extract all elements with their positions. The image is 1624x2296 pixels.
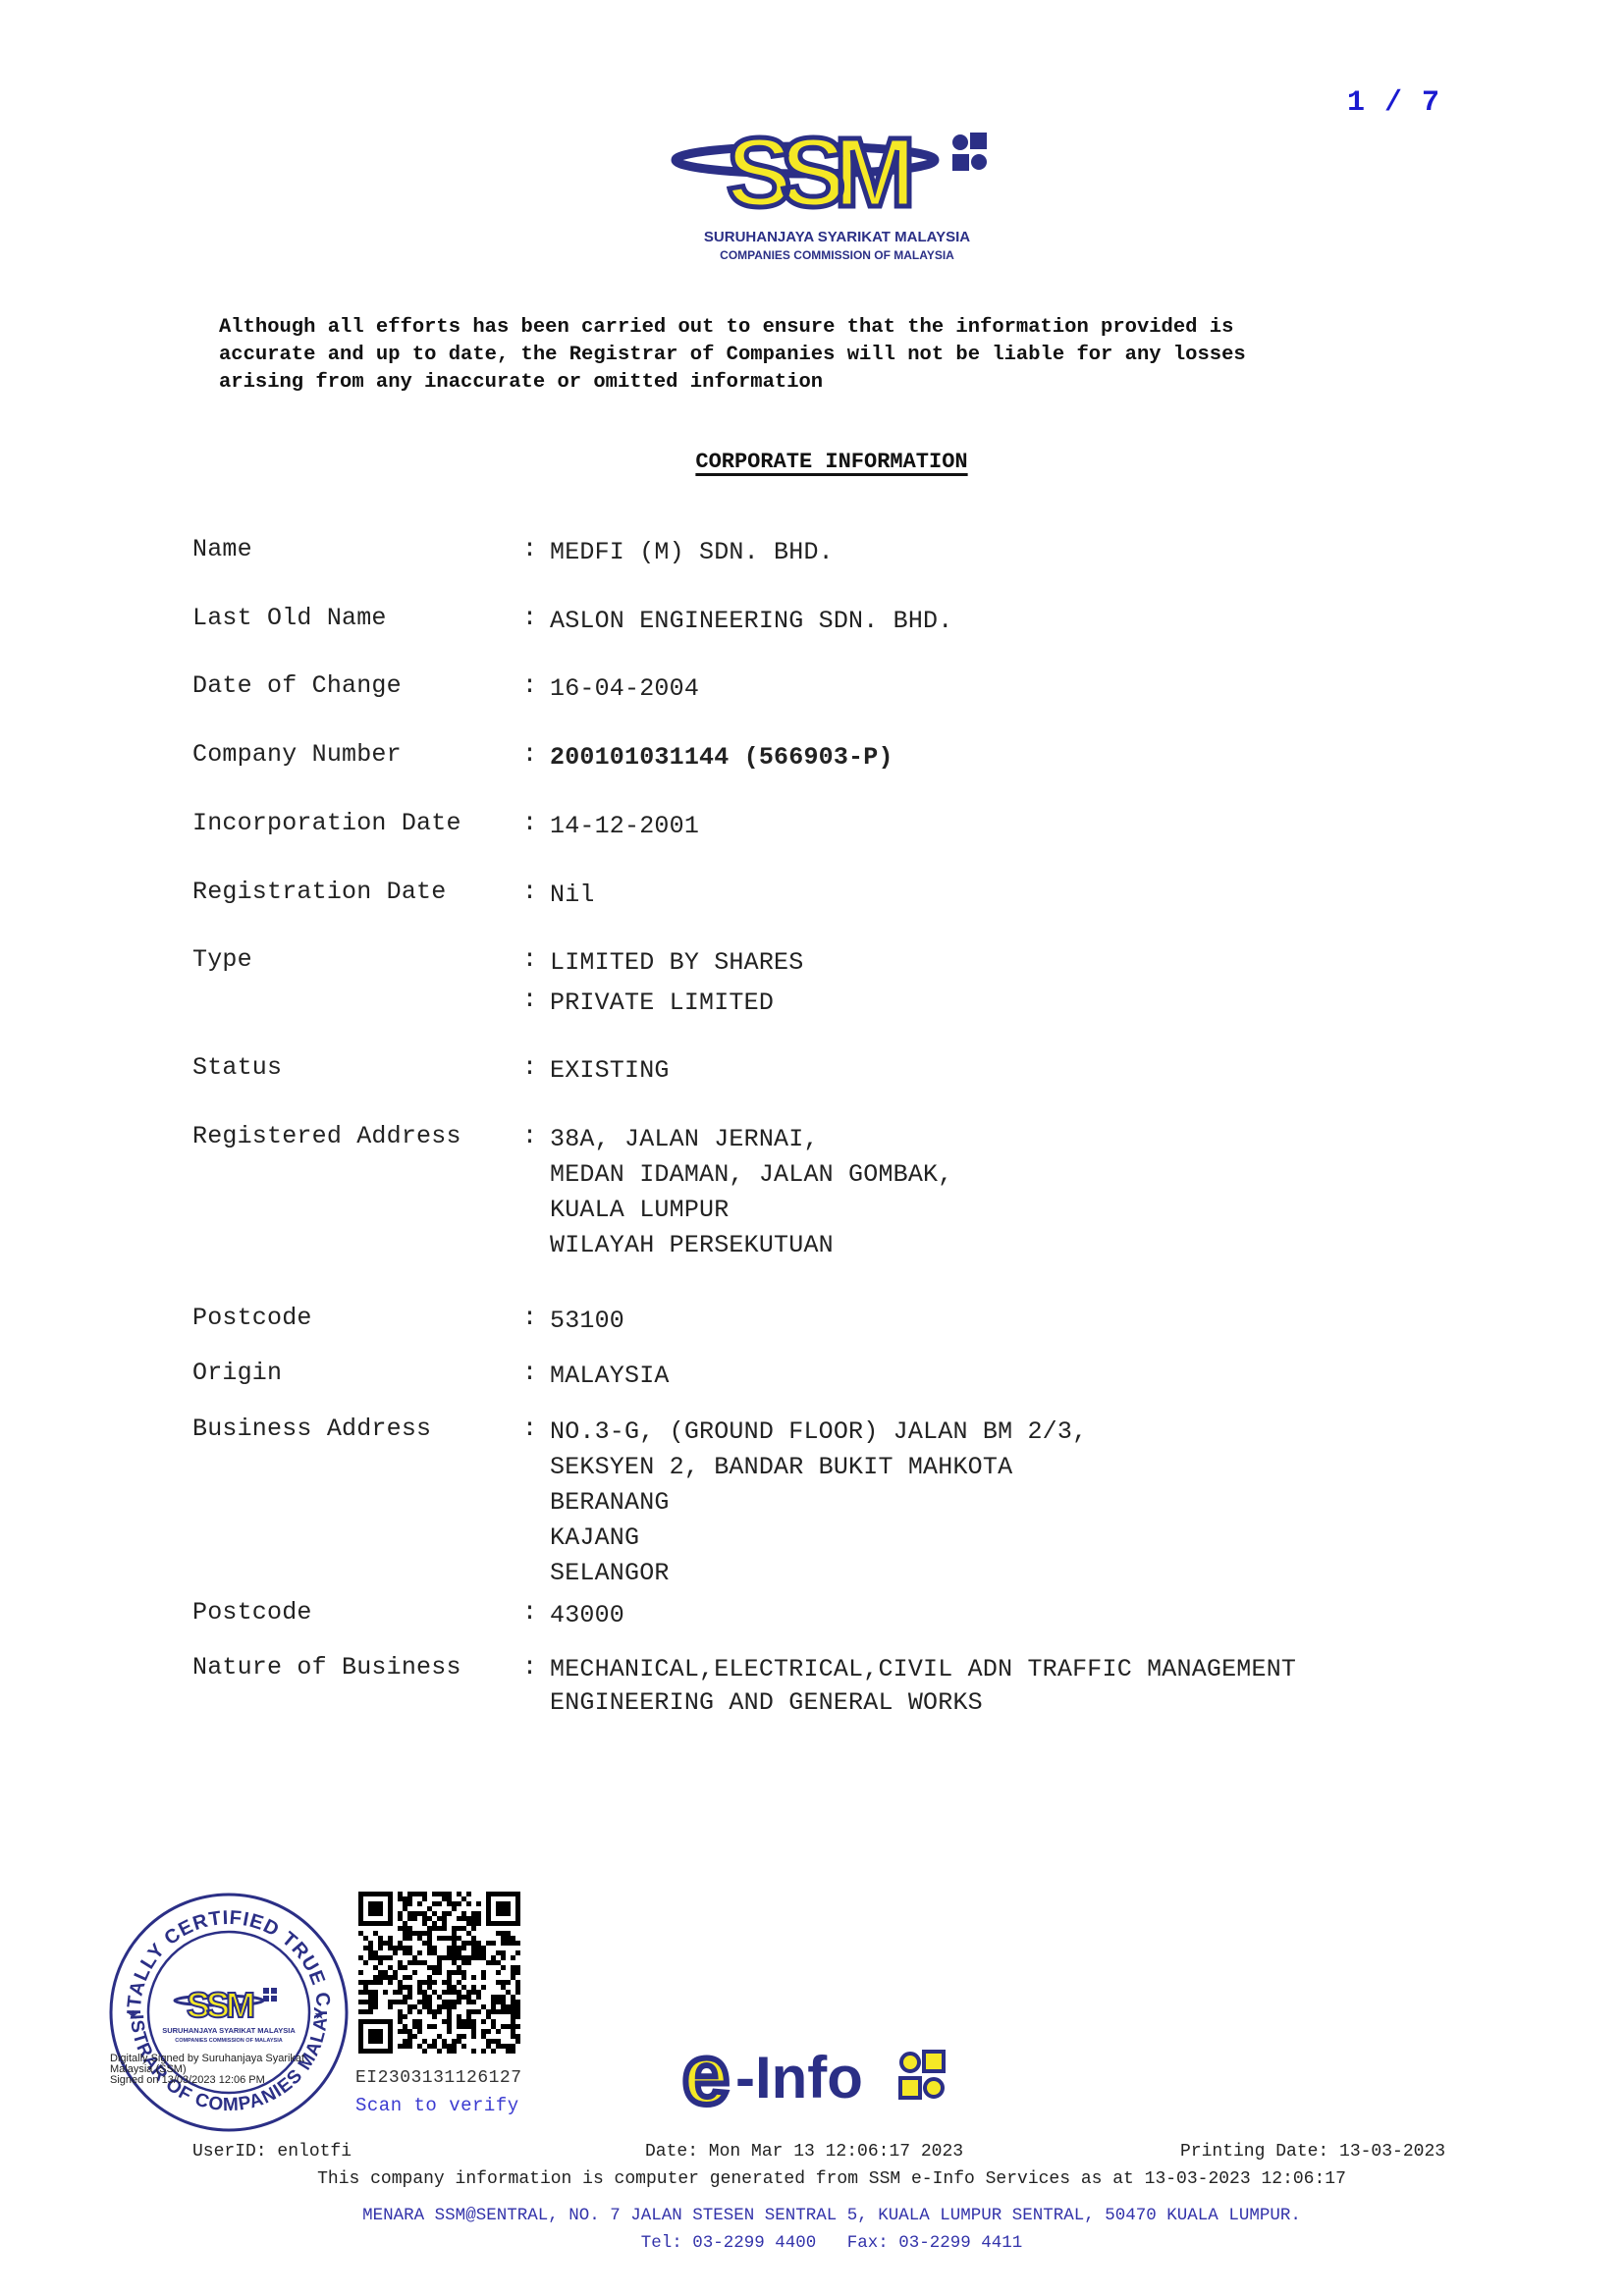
qr-code-icon (358, 1892, 520, 2054)
field-value-line: NO.3-G, (GROUND FLOOR) JALAN BM 2/3, (550, 1415, 1087, 1450)
field-separator: : (522, 604, 550, 639)
field-value: 53100 (550, 1304, 624, 1339)
svg-text:★: ★ (314, 2005, 325, 2025)
qr-document-id: EI2303131126127 (355, 2068, 522, 2088)
ssm-logo-icon: SSM (668, 103, 1006, 231)
field-label: Type (192, 945, 522, 981)
certified-stamp: DIGITALLY CERTIFIED TRUE COPY REGISTRAR … (106, 1890, 352, 2135)
field-row: Incorporation Date:14-12-2001 (192, 809, 699, 844)
field-row: Name:MEDFI (M) SDN. BHD. (192, 535, 834, 570)
field-row: Date of Change:16-04-2004 (192, 671, 699, 707)
footer-printing-date: Printing Date: 13-03-2023 (1180, 2142, 1445, 2162)
field-label: Company Number (192, 740, 522, 775)
field-row: Origin:MALAYSIA (192, 1359, 670, 1394)
page-indicator: 1 / 7 (1347, 86, 1440, 120)
field-value-line: PRIVATE LIMITED (550, 986, 774, 1021)
field-value-line: Nil (550, 878, 595, 913)
field-separator: : (522, 986, 550, 1021)
field-label: Registered Address (192, 1122, 522, 1263)
field-value: PRIVATE LIMITED (550, 986, 774, 1021)
field-row: Type:LIMITED BY SHARES (192, 945, 803, 981)
field-separator: : (522, 1598, 550, 1633)
field-label: Nature of Business (192, 1653, 522, 1720)
field-value-line: 14-12-2001 (550, 809, 699, 844)
field-value: Nil (550, 878, 595, 913)
field-value: NO.3-G, (GROUND FLOOR) JALAN BM 2/3,SEKS… (550, 1415, 1087, 1591)
section-title: CORPORATE INFORMATION (0, 450, 1624, 474)
footer-address: MENARA SSM@SENTRAL, NO. 7 JALAN STESEN S… (0, 2206, 1624, 2225)
disclaimer: Although all efforts has been carried ou… (219, 314, 1397, 397)
field-row: Business Address:NO.3-G, (GROUND FLOOR) … (192, 1415, 1087, 1591)
e-info-logo-icon: e -Info (682, 2037, 977, 2115)
field-value: ASLON ENGINEERING SDN. BHD. (550, 604, 952, 639)
footer-generated-note: This company information is computer gen… (0, 2169, 1624, 2189)
field-value-line: 16-04-2004 (550, 671, 699, 707)
field-value: 14-12-2001 (550, 809, 699, 844)
field-value-line: SEKSYEN 2, BANDAR BUKIT MAHKOTA (550, 1450, 1087, 1485)
field-value: MECHANICAL,ELECTRICAL,CIVIL ADN TRAFFIC … (550, 1653, 1296, 1720)
field-separator: : (522, 535, 550, 570)
field-value-line: MEDAN IDAMAN, JALAN GOMBAK, (550, 1157, 952, 1193)
field-value-line: 38A, JALAN JERNAI, (550, 1122, 952, 1157)
field-value-line: SELANGOR (550, 1556, 1087, 1591)
field-row: Registration Date:Nil (192, 878, 595, 913)
field-separator: : (522, 1122, 550, 1263)
svg-text:SSM: SSM (727, 118, 909, 228)
field-value-line: WILAYAH PERSEKUTUAN (550, 1228, 952, 1263)
field-label: Registration Date (192, 878, 522, 913)
field-value: EXISTING (550, 1053, 670, 1089)
svg-text:SURUHANJAYA SYARIKAT MALAYSIA: SURUHANJAYA SYARIKAT MALAYSIA (162, 2026, 296, 2035)
field-value-line: LIMITED BY SHARES (550, 945, 803, 981)
field-label: Business Address (192, 1415, 522, 1591)
field-value: 38A, JALAN JERNAI,MEDAN IDAMAN, JALAN GO… (550, 1122, 952, 1263)
field-value-line: 53100 (550, 1304, 624, 1339)
field-separator: : (522, 878, 550, 913)
field-value-line: 43000 (550, 1598, 624, 1633)
svg-text:★: ★ (128, 2005, 138, 2025)
field-value-line: MECHANICAL,ELECTRICAL,CIVIL ADN TRAFFIC … (550, 1653, 1296, 1686)
field-separator: : (522, 1304, 550, 1339)
field-row: Status:EXISTING (192, 1053, 670, 1089)
field-label: Date of Change (192, 671, 522, 707)
svg-text:e: e (682, 2037, 730, 2115)
field-label (192, 986, 522, 1021)
field-label: Postcode (192, 1304, 522, 1339)
field-label: Last Old Name (192, 604, 522, 639)
field-value: 200101031144 (566903-P) (550, 740, 893, 775)
svg-text:SSM: SSM (187, 1985, 253, 2025)
field-label: Origin (192, 1359, 522, 1394)
ssm-logo: SSM SURUHANJAYA SYARIKAT MALAYSIA COMPAN… (668, 103, 1006, 270)
field-value: 16-04-2004 (550, 671, 699, 707)
field-label: Name (192, 535, 522, 570)
field-row: Nature of Business:MECHANICAL,ELECTRICAL… (192, 1653, 1296, 1720)
field-label: Status (192, 1053, 522, 1089)
logo-caption-malay: SURUHANJAYA SYARIKAT MALAYSIA (668, 229, 1006, 245)
svg-text:COMPANIES COMMISSION OF MALAYS: COMPANIES COMMISSION OF MALAYSIA (175, 2038, 282, 2044)
field-row: Postcode:43000 (192, 1598, 624, 1633)
field-separator: : (522, 1359, 550, 1394)
field-separator: : (522, 1415, 550, 1591)
digital-signature-note: Digitally Signed by Suruhanjaya Syarikat… (110, 2054, 304, 2086)
field-row: Postcode:53100 (192, 1304, 624, 1339)
footer-date: Date: Mon Mar 13 12:06:17 2023 (645, 2142, 963, 2162)
field-row: :PRIVATE LIMITED (192, 986, 774, 1021)
field-separator: : (522, 740, 550, 775)
field-separator: : (522, 1653, 550, 1720)
stamp-seal-icon: DIGITALLY CERTIFIED TRUE COPY REGISTRAR … (106, 1890, 352, 2135)
field-separator: : (522, 945, 550, 981)
footer-contact: Tel: 03-2299 4400 Fax: 03-2299 4411 (0, 2233, 1624, 2253)
field-value-line: 200101031144 (566903-P) (550, 740, 893, 775)
scan-to-verify-label: Scan to verify (355, 2095, 519, 2116)
field-label: Incorporation Date (192, 809, 522, 844)
field-row: Last Old Name:ASLON ENGINEERING SDN. BHD… (192, 604, 952, 639)
field-value: MALAYSIA (550, 1359, 670, 1394)
field-value: MEDFI (M) SDN. BHD. (550, 535, 834, 570)
field-separator: : (522, 809, 550, 844)
field-separator: : (522, 671, 550, 707)
field-value-line: KAJANG (550, 1521, 1087, 1556)
field-value-line: BERANANG (550, 1485, 1087, 1521)
field-value-line: ASLON ENGINEERING SDN. BHD. (550, 604, 952, 639)
field-value: 43000 (550, 1598, 624, 1633)
verification-qr-code[interactable] (358, 1892, 520, 2054)
e-info-logo: e -Info (682, 2037, 977, 2115)
field-value-line: EXISTING (550, 1053, 670, 1089)
footer-user-id: UserID: enlotfi (192, 2142, 352, 2162)
field-value-line: KUALA LUMPUR (550, 1193, 952, 1228)
svg-text:-Info: -Info (735, 2045, 863, 2110)
field-row: Company Number:200101031144 (566903-P) (192, 740, 893, 775)
field-row: Registered Address:38A, JALAN JERNAI,MED… (192, 1122, 952, 1263)
field-value-line: MEDFI (M) SDN. BHD. (550, 535, 834, 570)
field-value: LIMITED BY SHARES (550, 945, 803, 981)
field-label: Postcode (192, 1598, 522, 1633)
logo-caption-english: COMPANIES COMMISSION OF MALAYSIA (668, 248, 1006, 262)
field-separator: : (522, 1053, 550, 1089)
field-value-line: ENGINEERING AND GENERAL WORKS (550, 1686, 1296, 1720)
field-value-line: MALAYSIA (550, 1359, 670, 1394)
